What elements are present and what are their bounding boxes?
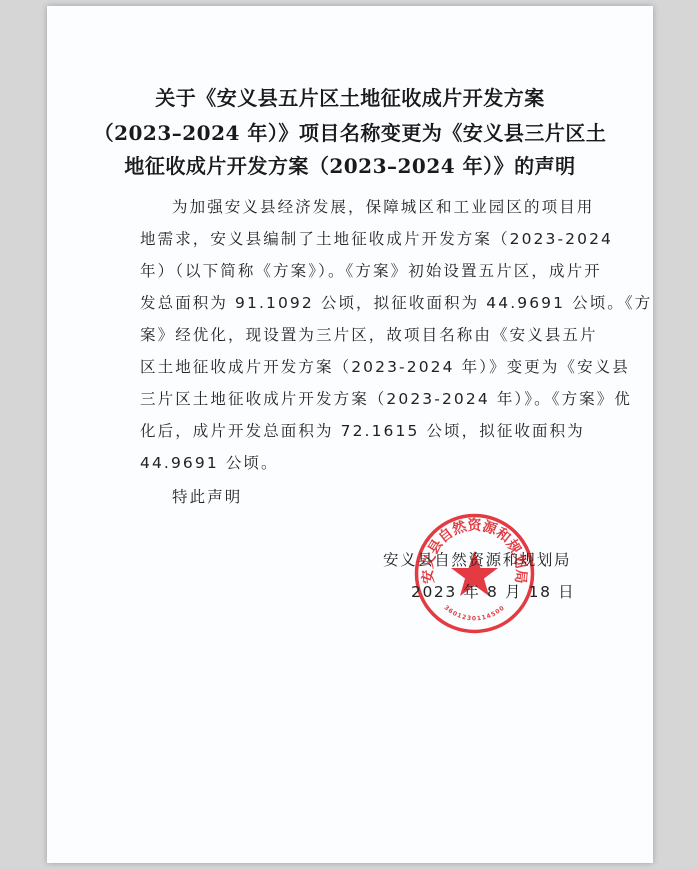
official-seal-icon: 安义县自然资源和规划局 3601230114500 [412, 511, 537, 636]
title-line-1: 关于《安义县五片区土地征收成片开发方案 [47, 82, 653, 111]
body-line-1: 为加强安义县经济发展，保障城区和工业园区的项目用 [172, 195, 614, 217]
closing-statement: 特此声明 [172, 485, 614, 507]
svg-text:3601230114500: 3601230114500 [443, 604, 507, 622]
issue-date: 2023 年 8 月 18 日 [411, 580, 575, 602]
body-line-6: 区土地征收成片开发方案（2023-2024 年）》变更为《安义县 [140, 355, 582, 377]
body-line-4: 发总面积为 91.1092 公顷，拟征收面积为 44.9691 公顷。《方 [140, 291, 582, 313]
document-page: 关于《安义县五片区土地征收成片开发方案 （2023–2024 年）》项目名称变更… [47, 6, 653, 863]
title-line-2: （2023–2024 年）》项目名称变更为《安义县三片区土 [47, 117, 653, 146]
body-line-7: 三片区土地征收成片开发方案（2023-2024 年）》。《方案》优 [140, 387, 582, 409]
title-line-3: 地征收成片开发方案（2023–2024 年）》的声明 [47, 150, 653, 179]
body-line-9: 44.9691 公顷。 [140, 451, 582, 473]
issuer-name: 安义县自然资源和规划局 [383, 548, 571, 570]
body-line-3: 年）（以下简称《方案》）。《方案》初始设置五片区，成片开 [140, 259, 582, 281]
body-line-8: 化后，成片开发总面积为 72.1615 公顷，拟征收面积为 [140, 419, 582, 441]
body-line-5: 案》经优化，现设置为三片区，故项目名称由《安义县五片 [140, 323, 582, 345]
body-line-2: 地需求，安义县编制了土地征收成片开发方案（2023-2024 [140, 227, 582, 249]
